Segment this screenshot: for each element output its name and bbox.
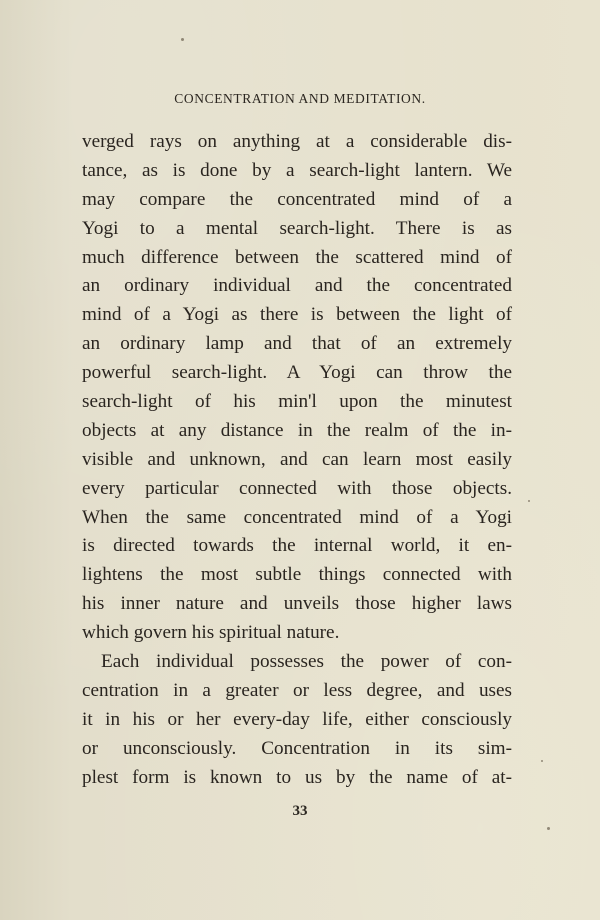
text-line: Yogi to a mental search-light. There is … bbox=[82, 215, 512, 244]
text-line: an ordinary lamp and that of an extremel… bbox=[82, 330, 512, 359]
text-line: plest form is known to us by the name of… bbox=[82, 764, 512, 793]
text-line: may compare the concentrated mind of a bbox=[82, 186, 512, 215]
text-line: much difference between the scattered mi… bbox=[82, 244, 512, 273]
book-page: CONCENTRATION AND MEDITATION. verged ray… bbox=[0, 0, 600, 920]
paper-speck bbox=[541, 760, 543, 762]
text-line: an ordinary individual and the concentra… bbox=[82, 272, 512, 301]
body-text: verged rays on anything at a considerabl… bbox=[82, 128, 512, 792]
paper-speck bbox=[547, 827, 550, 830]
paragraph-start-line: Each individual possesses the power of c… bbox=[82, 648, 512, 677]
text-line: search-light of his min'l upon the minut… bbox=[82, 388, 512, 417]
text-line: or unconsciously. Concentration in its s… bbox=[82, 735, 512, 764]
text-line: centration in a greater or less degree, … bbox=[82, 677, 512, 706]
text-line: it in his or her every-day life, either … bbox=[82, 706, 512, 735]
text-line: is directed towards the internal world, … bbox=[82, 532, 512, 561]
paper-speck bbox=[528, 500, 530, 502]
text-line: verged rays on anything at a considerabl… bbox=[82, 128, 512, 157]
text-line: his inner nature and unveils those highe… bbox=[82, 590, 512, 619]
text-line: mind of a Yogi as there is between the l… bbox=[82, 301, 512, 330]
text-line: objects at any distance in the realm of … bbox=[82, 417, 512, 446]
text-line: tance, as is done by a search-light lant… bbox=[82, 157, 512, 186]
text-line: every particular connected with those ob… bbox=[82, 475, 512, 504]
text-line: visible and unknown, and can learn most … bbox=[82, 446, 512, 475]
running-head: CONCENTRATION AND MEDITATION. bbox=[0, 91, 600, 107]
text-line: powerful search-light. A Yogi can throw … bbox=[82, 359, 512, 388]
text-line: When the same concentrated mind of a Yog… bbox=[82, 504, 512, 533]
text-line: lightens the most subtle things connecte… bbox=[82, 561, 512, 590]
paper-speck bbox=[181, 38, 184, 41]
paragraph-end-line: which govern his spiritual nature. bbox=[82, 619, 512, 648]
page-number: 33 bbox=[0, 803, 600, 820]
